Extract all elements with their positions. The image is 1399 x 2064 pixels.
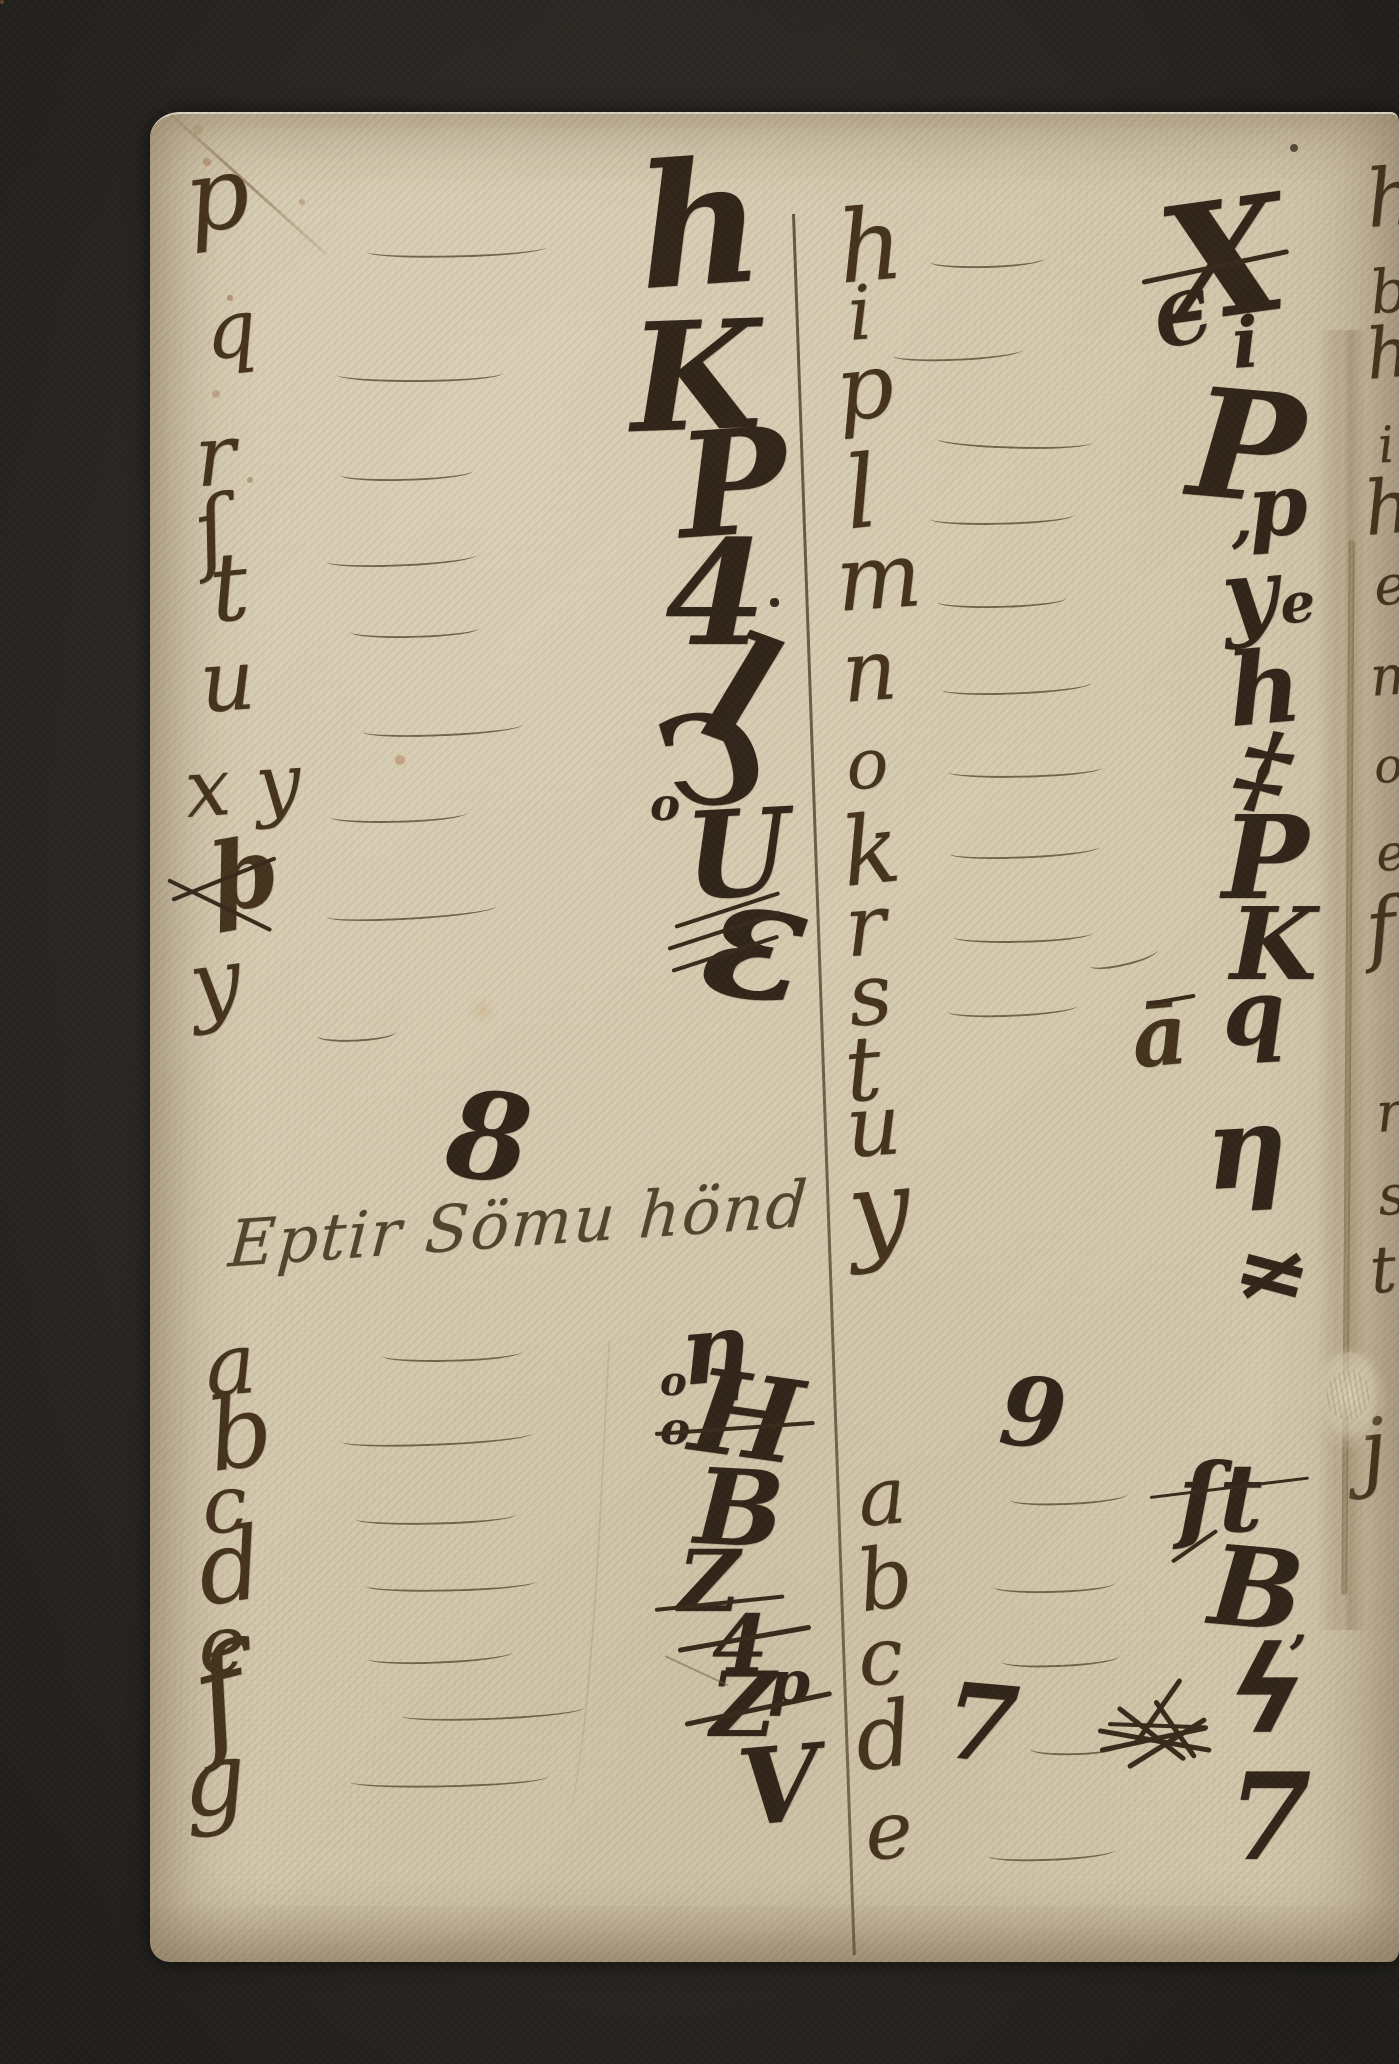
adjacent-page-letter-fragment: h <box>1363 156 1399 240</box>
adjacent-page-letter-fragment: h <box>1361 468 1399 547</box>
handwritten-number: 9 <box>996 1363 1070 1463</box>
a-with-macron-annotation: ā <box>1128 992 1190 1081</box>
handwritten-letter: d <box>849 1688 919 1785</box>
handwritten-letter: p <box>178 141 255 249</box>
handwritten-letter: g <box>177 1727 251 1833</box>
handwritten-letter: e <box>862 1789 915 1872</box>
ink-stroke <box>770 598 779 607</box>
handwritten-number: 7 <box>941 1668 1023 1779</box>
cipher-symbol: η <box>1202 1089 1290 1206</box>
adjacent-page-letter-fragment: r <box>1374 1084 1399 1141</box>
handwritten-letter: m <box>833 530 924 626</box>
adjacent-page-letter-fragment: o <box>1372 741 1399 791</box>
cipher-symbol: ’ <box>1288 1628 1307 1683</box>
handwritten-letter: x y <box>182 742 303 830</box>
handwritten-letter: n <box>839 627 900 716</box>
scan-background: Eptir Sömu hönd pqrſtux yþy hKP4lCoUε hi… <box>0 0 1399 2064</box>
cipher-symbol: e <box>1278 574 1318 632</box>
handwritten-letter: u <box>197 637 258 726</box>
handwritten-letter: o <box>844 728 891 801</box>
paper-stain-speckles <box>0 0 4 4</box>
cipher-symbol: o <box>650 782 680 827</box>
cipher-symbol: q <box>1220 966 1288 1059</box>
handwritten-letter: h <box>834 193 907 298</box>
adjacent-page-letter-fragment: e <box>1374 827 1399 879</box>
handwritten-letter: y <box>842 1152 915 1268</box>
adjacent-page-letter-fragment: e <box>1372 557 1399 614</box>
handwritten-number: 8 <box>441 1074 537 1202</box>
cipher-symbol: V <box>734 1730 824 1842</box>
adjacent-page-letter-fragment: h <box>1363 316 1399 390</box>
cipher-symbol: 7 <box>1228 1758 1312 1878</box>
cipher-symbol: o <box>660 1406 690 1451</box>
damage-fuzz <box>1318 1352 1380 1444</box>
adjacent-page-letter-fragment: m <box>1368 646 1399 705</box>
adjacent-page-letter-fragment: t <box>1367 1237 1399 1304</box>
handwritten-letter: p <box>831 340 898 436</box>
adjacent-page-letter-fragment: s <box>1376 1167 1399 1224</box>
handwritten-letter: q <box>201 288 260 373</box>
